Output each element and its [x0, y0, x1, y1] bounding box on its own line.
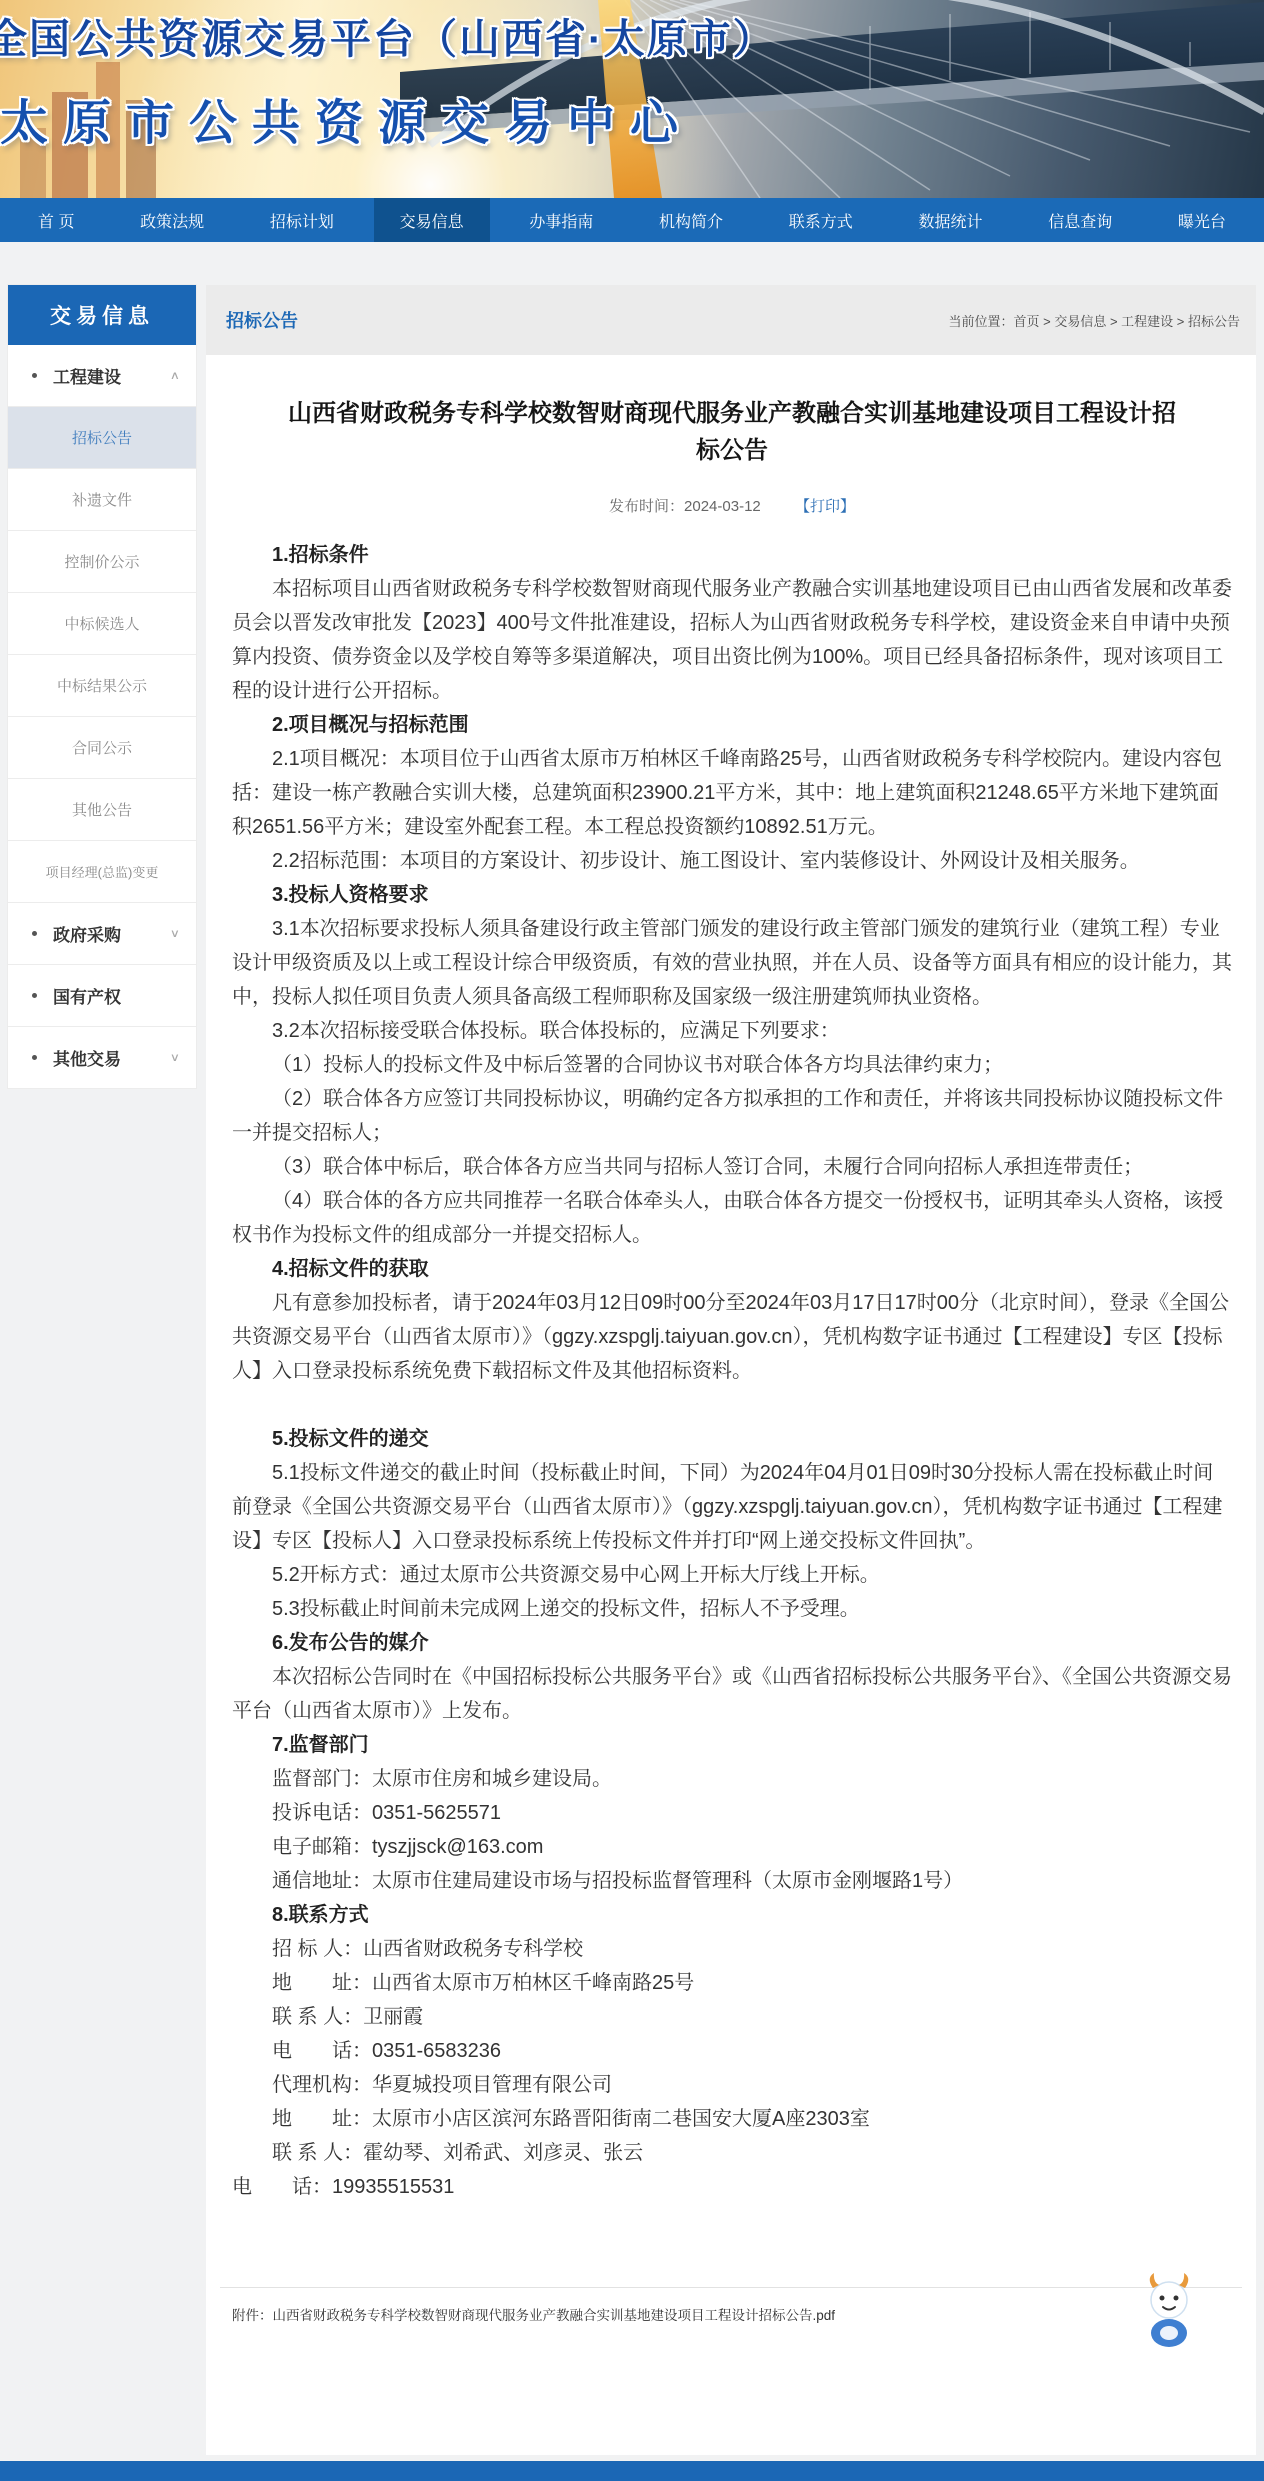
- sidebar: 交易信息 工程建设∧招标公告补遗文件控制价公示中标候选人中标结果公示合同公示其他…: [8, 285, 196, 1088]
- nav-item[interactable]: 招标计划: [244, 198, 360, 242]
- bullet-icon: [32, 931, 37, 936]
- banner-title-line2: 太原市公共资源交易中心: [0, 84, 693, 153]
- sidebar-menu: 工程建设∧招标公告补遗文件控制价公示中标候选人中标结果公示合同公示其他公告项目经…: [8, 345, 196, 1088]
- sidebar-item-label: 其他公告: [72, 799, 132, 820]
- sidebar-item-label: 政府采购: [53, 921, 121, 946]
- sidebar-item-label: 国有产权: [53, 983, 121, 1008]
- mascot-icon[interactable]: [1138, 2270, 1200, 2350]
- article-paragraph: 联 系 人：霍幼琴、刘希武、刘彦灵、张云: [232, 2136, 1232, 2170]
- page: 全国公共资源交易平台（山西省·太原市） 太原市公共资源交易中心 首 页政策法规招…: [0, 0, 1264, 2481]
- chevron-up-icon: ∧: [170, 369, 180, 383]
- sidebar-sub-item[interactable]: 控制价公示: [8, 531, 196, 593]
- article-paragraph: [232, 1388, 1232, 1422]
- article-paragraph: 3.1本次招标要求投标人须具备建设行政主管部门颁发的建设行政主管部门颁发的建筑行…: [232, 912, 1232, 1014]
- nav-item[interactable]: 政策法规: [114, 198, 230, 242]
- publish-row: 发布时间：2024-03-12 【打印】: [232, 495, 1232, 516]
- bullet-icon: [32, 993, 37, 998]
- nav-item[interactable]: 交易信息: [374, 198, 490, 242]
- section-heading: 4.招标文件的获取: [232, 1252, 1232, 1286]
- section-heading: 3.投标人资格要求: [232, 878, 1232, 912]
- article-paragraph: （3）联合体中标后，联合体各方应当共同与招标人签订合同，未履行合同向招标人承担连…: [232, 1150, 1232, 1184]
- section-heading: 5.投标文件的递交: [232, 1422, 1232, 1456]
- article-paragraph: 5.2开标方式：通过太原市公共资源交易中心网上开标大厅线上开标。: [232, 1558, 1232, 1592]
- article-paragraph: （4）联合体的各方应共同推荐一名联合体牵头人，由联合体各方提交一份授权书，证明其…: [232, 1184, 1232, 1252]
- article-paragraph: 凡有意参加投标者，请于2024年03月12日09时00分至2024年03月17日…: [232, 1286, 1232, 1388]
- sidebar-item-label: 工程建设: [53, 363, 121, 388]
- sidebar-title: 交易信息: [8, 285, 196, 345]
- article-paragraph: 本招标项目山西省财政税务专科学校数智财商现代服务业产教融合实训基地建设项目已由山…: [232, 572, 1232, 708]
- content: 招标公告 当前位置：首页 > 交易信息 > 工程建设 > 招标公告 山西省财政税…: [206, 285, 1256, 2455]
- sidebar-item-label: 项目经理(总监)变更: [46, 862, 159, 881]
- attachment-link[interactable]: 附件：山西省财政税务专科学校数智财商现代服务业产教融合实训基地建设项目工程设计招…: [232, 2308, 835, 2323]
- sidebar-item-label: 其他交易: [53, 1045, 121, 1070]
- publish-date: 发布时间：2024-03-12: [609, 498, 761, 515]
- article-paragraph: 3.2本次招标接受联合体投标。联合体投标的，应满足下列要求：: [232, 1014, 1232, 1048]
- nav-item[interactable]: 办事指南: [503, 198, 619, 242]
- article-panel: 山西省财政税务专科学校数智财商现代服务业产教融合实训基地建设项目工程设计招标公告…: [206, 355, 1256, 2455]
- sidebar-item-label: 中标候选人: [64, 613, 139, 634]
- sidebar-item-label: 补遗文件: [72, 489, 132, 510]
- article-paragraph: 地 址：山西省太原市万柏林区千峰南路25号: [232, 1966, 1232, 2000]
- article-paragraph: 电子邮箱：tyszjjsck@163.com: [232, 1830, 1232, 1864]
- article-paragraph: 2.2招标范围：本项目的方案设计、初步设计、施工图设计、室内装修设计、外网设计及…: [232, 844, 1232, 878]
- article-paragraph: （1）投标人的投标文件及中标后签署的合同协议书对联合体各方均具法律约束力；: [232, 1048, 1232, 1082]
- article-paragraph: 招 标 人：山西省财政税务专科学校: [232, 1932, 1232, 1966]
- sidebar-sub-item[interactable]: 补遗文件: [8, 469, 196, 531]
- section-heading: 6.发布公告的媒介: [232, 1626, 1232, 1660]
- breadcrumb[interactable]: 当前位置：首页 > 交易信息 > 工程建设 > 招标公告: [949, 311, 1240, 330]
- bullet-icon: [32, 373, 37, 378]
- sidebar-item-label: 合同公示: [72, 737, 132, 758]
- sidebar-item-label: 中标结果公示: [57, 675, 147, 696]
- sidebar-sub-item[interactable]: 合同公示: [8, 717, 196, 779]
- article-paragraph: 投诉电话：0351-5625571: [232, 1796, 1232, 1830]
- chevron-down-icon: ∨: [170, 927, 180, 941]
- content-header: 招标公告 当前位置：首页 > 交易信息 > 工程建设 > 招标公告: [206, 285, 1256, 355]
- article-paragraph: 电 话：0351-6583236: [232, 2034, 1232, 2068]
- sidebar-item-label: 控制价公示: [64, 551, 139, 572]
- article-paragraph: 本次招标公告同时在《中国招标投标公共服务平台》或《山西省招标投标公共服务平台》、…: [232, 1660, 1232, 1728]
- sidebar-item-label: 招标公告: [72, 427, 132, 448]
- section-heading: 2.项目概况与招标范围: [232, 708, 1232, 742]
- article-paragraph: 联 系 人：卫丽霞: [232, 2000, 1232, 2034]
- article-paragraph: 电 话：19935515531: [232, 2170, 1232, 2204]
- article-paragraph: 5.3投标截止时间前未完成网上递交的投标文件，招标人不予受理。: [232, 1592, 1232, 1626]
- banner: 全国公共资源交易平台（山西省·太原市） 太原市公共资源交易中心: [0, 0, 1264, 198]
- article-paragraph: 通信地址：太原市住建局建设市场与招投标监督管理科（太原市金刚堰路1号）: [232, 1864, 1232, 1898]
- sidebar-group-item[interactable]: 其他交易∨: [8, 1027, 196, 1088]
- sidebar-sub-item[interactable]: 招标公告: [8, 407, 196, 469]
- sidebar-sub-item[interactable]: 其他公告: [8, 779, 196, 841]
- article-paragraph: （2）联合体各方应签订共同投标协议，明确约定各方拟承担的工作和责任，并将该共同投…: [232, 1082, 1232, 1150]
- sidebar-group-item[interactable]: 政府采购∨: [8, 903, 196, 965]
- sidebar-sub-item[interactable]: 中标结果公示: [8, 655, 196, 717]
- article-paragraph: 地 址：太原市小店区滨河东路晋阳街南二巷国安大厦A座2303室: [232, 2102, 1232, 2136]
- page-title: 招标公告: [226, 307, 298, 333]
- bullet-icon: [32, 1055, 37, 1060]
- nav-item[interactable]: 数据统计: [892, 198, 1008, 242]
- article-body: 1.招标条件本招标项目山西省财政税务专科学校数智财商现代服务业产教融合实训基地建…: [232, 538, 1232, 2204]
- sidebar-group-item[interactable]: 国有产权: [8, 965, 196, 1027]
- main-nav: 首 页政策法规招标计划交易信息办事指南机构简介联系方式数据统计信息查询曝光台: [0, 198, 1264, 242]
- attachment-row: 附件：山西省财政税务专科学校数智财商现代服务业产教融合实训基地建设项目工程设计招…: [220, 2287, 1242, 2325]
- article-paragraph: 2.1项目概况：本项目位于山西省太原市万柏林区千峰南路25号，山西省财政税务专科…: [232, 742, 1232, 844]
- nav-item[interactable]: 首 页: [12, 198, 100, 242]
- article-paragraph: 监督部门：太原市住房和城乡建设局。: [232, 1762, 1232, 1796]
- nav-item[interactable]: 信息查询: [1022, 198, 1138, 242]
- nav-item[interactable]: 联系方式: [763, 198, 879, 242]
- section-heading: 1.招标条件: [232, 538, 1232, 572]
- article-paragraph: 5.1投标文件递交的截止时间（投标截止时间，下同）为2024年04月01日09时…: [232, 1456, 1232, 1558]
- footer: [0, 2461, 1264, 2481]
- nav-item[interactable]: 曝光台: [1152, 198, 1252, 242]
- section-heading: 7.监督部门: [232, 1728, 1232, 1762]
- section-heading: 8.联系方式: [232, 1898, 1232, 1932]
- banner-title-line1: 全国公共资源交易平台（山西省·太原市）: [0, 6, 776, 65]
- nav-item[interactable]: 机构简介: [633, 198, 749, 242]
- sidebar-sub-item[interactable]: 项目经理(总监)变更: [8, 841, 196, 903]
- print-button[interactable]: 【打印】: [795, 498, 855, 515]
- article-title: 山西省财政税务专科学校数智财商现代服务业产教融合实训基地建设项目工程设计招标公告: [288, 395, 1176, 469]
- sidebar-group-item[interactable]: 工程建设∧: [8, 345, 196, 407]
- sidebar-sub-item[interactable]: 中标候选人: [8, 593, 196, 655]
- article-paragraph: 代理机构：华夏城投项目管理有限公司: [232, 2068, 1232, 2102]
- chevron-down-icon: ∨: [170, 1051, 180, 1065]
